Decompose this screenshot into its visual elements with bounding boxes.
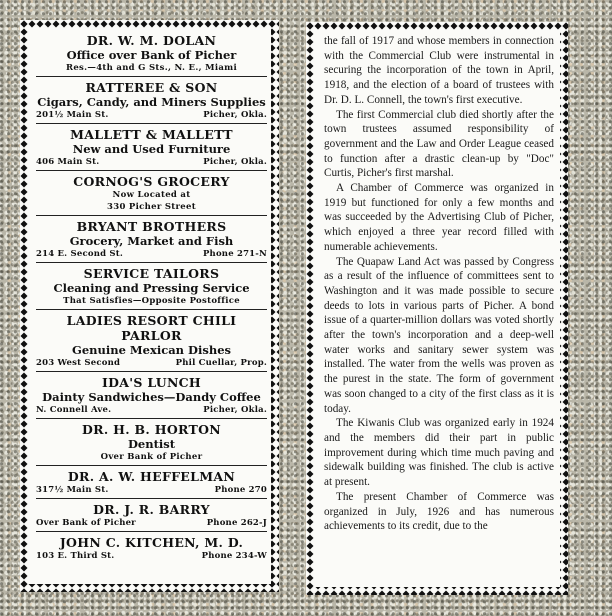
ad-business-name: DR. H. B. HORTON (36, 422, 267, 437)
article-body: the fall of 1917 and whose members in co… (324, 34, 554, 534)
ad-address: Over Bank of Picher (36, 517, 136, 529)
ad-detail: Now Located at (36, 189, 267, 201)
article-paragraph: The Quapaw Land Act was passed by Congre… (324, 255, 554, 417)
business-ad: RATTEREE & SONCigars, Candy, and Miners … (36, 77, 267, 124)
ad-address-row: 406 Main St.Picher, Okla. (36, 156, 267, 168)
article-paragraph: The present Chamber of Commerce was orga… (324, 490, 554, 534)
ad-detail: Over Bank of Picher (36, 451, 267, 463)
business-ad: SERVICE TAILORSCleaning and Pressing Ser… (36, 263, 267, 310)
ad-business-name: BRYANT BROTHERS (36, 219, 267, 234)
article-paragraph: the fall of 1917 and whose members in co… (324, 34, 554, 108)
ad-tagline: Cigars, Candy, and Miners Supplies (36, 95, 267, 109)
ad-business-name: SERVICE TAILORS (36, 266, 267, 281)
ad-contact: Phone 271-N (203, 248, 267, 260)
ad-address: 406 Main St. (36, 156, 99, 168)
business-ad: CORNOG'S GROCERYNow Located at330 Picher… (36, 171, 267, 216)
ad-business-name: DR. J. R. BARRY (36, 502, 267, 517)
ad-detail: That Satisfies—Opposite Postoffice (36, 295, 267, 307)
article-paragraph: A Chamber of Commerce was organized in 1… (324, 181, 554, 255)
ad-tagline: Office over Bank of Picher (36, 48, 267, 62)
ad-tagline: Genuine Mexican Dishes (36, 343, 267, 357)
ad-contact: Phone 262-J (207, 517, 267, 529)
ad-address: 203 West Second (36, 357, 120, 369)
ad-address: 214 E. Second St. (36, 248, 123, 260)
ad-business-name: DR. A. W. HEFFELMAN (36, 469, 267, 484)
article-paragraph: The Kiwanis Club was organized early in … (324, 416, 554, 490)
business-ad: IDA'S LUNCHDainty Sandwiches—Dandy Coffe… (36, 372, 267, 419)
ad-contact: Phone 234-W (202, 550, 267, 562)
business-ad: MALLETT & MALLETTNew and Used Furniture4… (36, 124, 267, 171)
ad-tagline: Grocery, Market and Fish (36, 234, 267, 248)
ad-address-row: 214 E. Second St.Phone 271-N (36, 248, 267, 260)
ad-tagline: Cleaning and Pressing Service (36, 281, 267, 295)
ad-address: N. Connell Ave. (36, 404, 111, 416)
ad-business-name: MALLETT & MALLETT (36, 127, 267, 142)
ad-business-name: LADIES RESORT CHILI PARLOR (36, 313, 267, 343)
business-ad: BRYANT BROTHERSGrocery, Market and Fish2… (36, 216, 267, 263)
ad-tagline: Dainty Sandwiches—Dandy Coffee (36, 390, 267, 404)
ad-contact: Picher, Okla. (203, 156, 267, 168)
ad-list: DR. W. M. DOLANOffice over Bank of Piche… (36, 30, 267, 564)
ad-tagline: New and Used Furniture (36, 142, 267, 156)
ad-tagline: Dentist (36, 437, 267, 451)
ad-address-row: Over Bank of PicherPhone 262-J (36, 517, 267, 529)
ad-address: 201½ Main St. (36, 109, 108, 121)
ad-business-name: RATTEREE & SON (36, 80, 267, 95)
ad-detail: Res.—4th and G Sts., N. E., Miami (36, 62, 267, 74)
ad-business-name: CORNOG'S GROCERY (36, 174, 267, 189)
ad-contact: Phone 270 (215, 484, 267, 496)
history-text-column: the fall of 1917 and whose members in co… (306, 22, 568, 595)
business-ad: DR. A. W. HEFFELMAN317½ Main St.Phone 27… (36, 466, 267, 499)
ad-contact: Phil Cuellar, Prop. (176, 357, 267, 369)
ad-address-row: N. Connell Ave.Picher, Okla. (36, 404, 267, 416)
ad-address-row: 317½ Main St.Phone 270 (36, 484, 267, 496)
ad-contact: Picher, Okla. (203, 109, 267, 121)
ad-contact: Picher, Okla. (203, 404, 267, 416)
business-ad: JOHN C. KITCHEN, M. D.103 E. Third St.Ph… (36, 532, 267, 564)
business-ad: LADIES RESORT CHILI PARLORGenuine Mexica… (36, 310, 267, 372)
ad-address: 103 E. Third St. (36, 550, 114, 562)
ad-address-row: 203 West SecondPhil Cuellar, Prop. (36, 357, 267, 369)
article-paragraph: The first Commercial club died shortly a… (324, 108, 554, 182)
advertisement-column: DR. W. M. DOLANOffice over Bank of Piche… (20, 20, 279, 592)
ad-business-name: DR. W. M. DOLAN (36, 33, 267, 48)
ad-address-row: 103 E. Third St.Phone 234-W (36, 550, 267, 562)
ad-business-name: IDA'S LUNCH (36, 375, 267, 390)
ad-address-row: 201½ Main St.Picher, Okla. (36, 109, 267, 121)
business-ad: DR. W. M. DOLANOffice over Bank of Piche… (36, 30, 267, 77)
ad-detail: 330 Picher Street (36, 201, 267, 213)
ad-business-name: JOHN C. KITCHEN, M. D. (36, 535, 267, 550)
business-ad: DR. J. R. BARRYOver Bank of PicherPhone … (36, 499, 267, 532)
ad-address: 317½ Main St. (36, 484, 108, 496)
business-ad: DR. H. B. HORTONDentistOver Bank of Pich… (36, 419, 267, 466)
